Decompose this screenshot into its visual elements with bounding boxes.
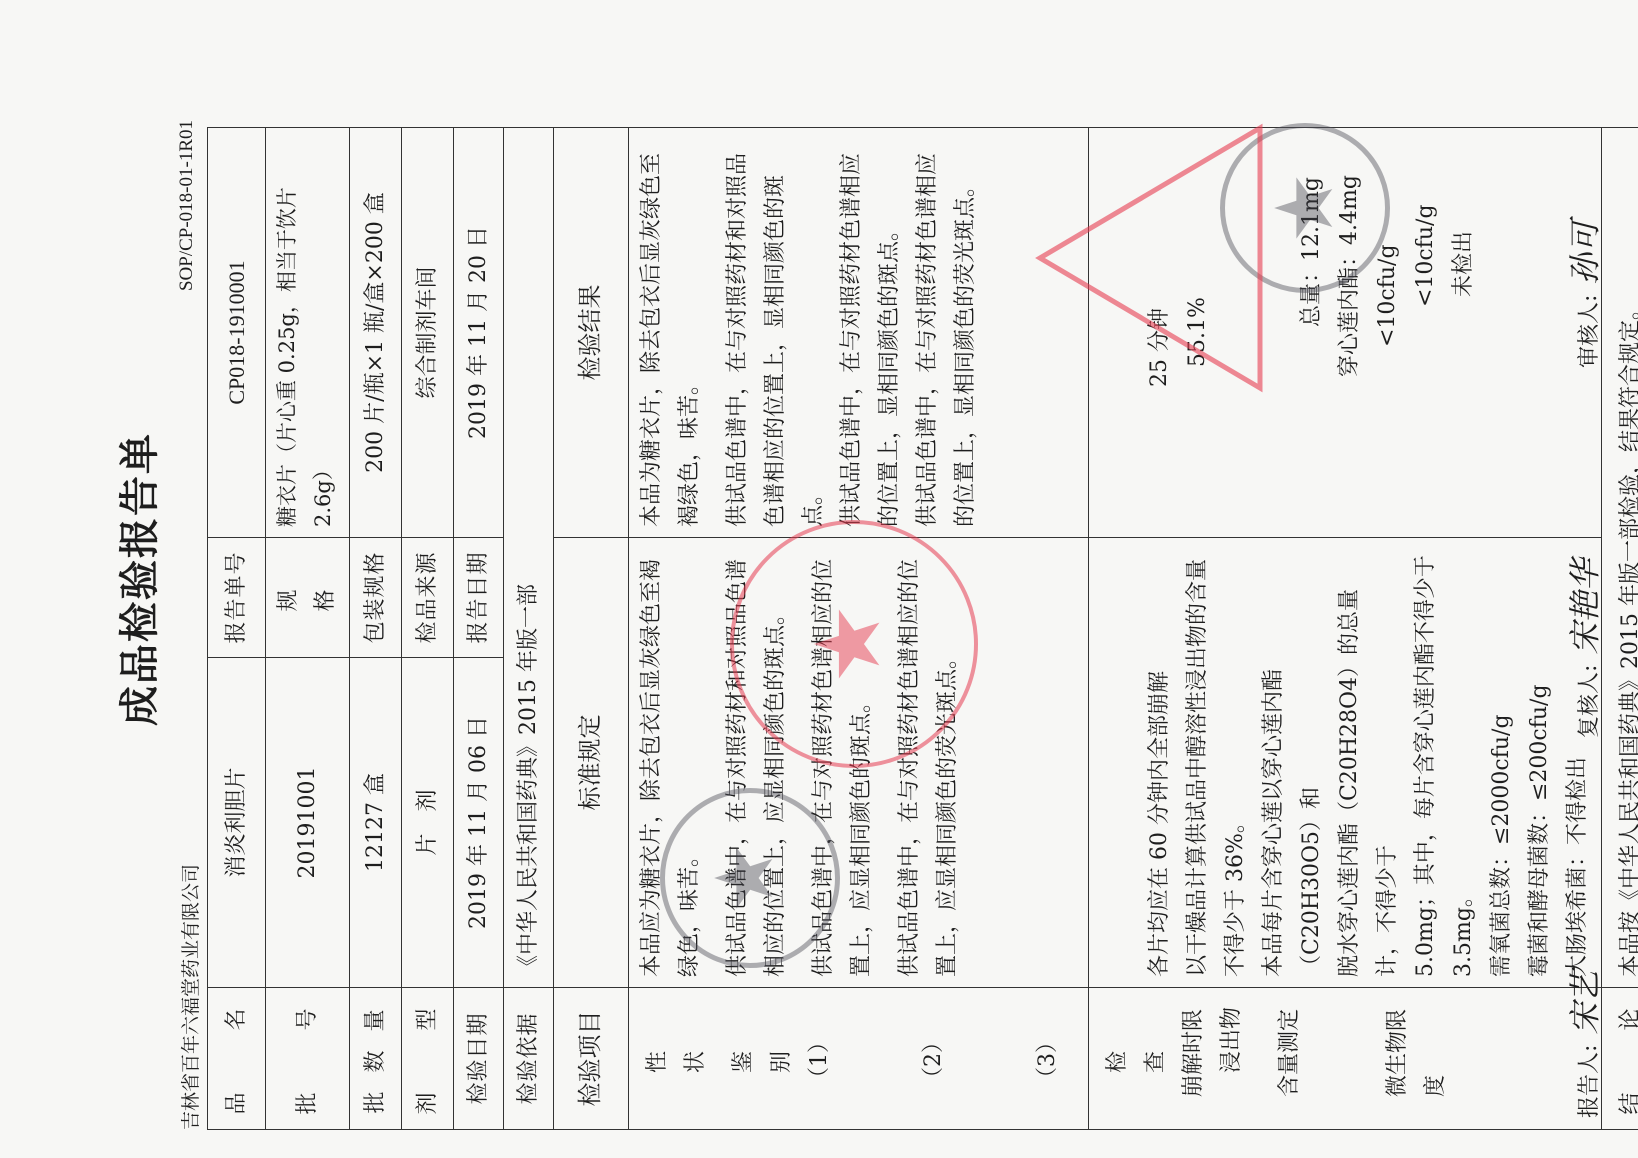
source-label: 检品来源 <box>401 538 453 658</box>
row-product-name: 品 名 消炎利胆片 报告单号 CP018-1910001 <box>208 128 266 1130</box>
conclusion-label: 结 论 <box>1601 988 1638 1130</box>
standard-assay-4: 3.5mg。 <box>1445 548 1483 977</box>
batch-qty-label: 批 数 量 <box>349 988 401 1130</box>
batch-qty: 12127 盒 <box>349 658 401 988</box>
standard-micro-2: 霉菌和酵母菌数：≤200cfu/g <box>1521 548 1559 977</box>
item-inspection: 检 查 <box>1099 998 1175 1119</box>
item-microbial: 微生物限度 <box>1379 998 1455 1119</box>
item-extract: 浸出物 <box>1213 998 1251 1119</box>
test-date-label: 检验日期 <box>453 988 503 1130</box>
column-header-standard: 标准规定 <box>553 538 628 988</box>
result-micro-2: <10cfu/g <box>1407 138 1445 527</box>
report-no: CP018-1910001 <box>208 128 266 538</box>
item-id2: （2） <box>915 998 953 1119</box>
spec: 糖衣片（片心重 0.25g，相当于饮片 2.6g） <box>266 128 350 538</box>
row-conclusion: 结 论 本品按《中华人民共和国药典》2015 年版一部检验，结果符合规定。 <box>1601 128 1638 1130</box>
reporter-name: 宋艺 <box>1566 971 1604 1035</box>
result-id1: 供试品色谱中，在与对照药材和对照品色谱相应的位置上，显相同颜色的斑点。 <box>719 138 833 527</box>
standard-extract-2: 不得少于 36%。 <box>1217 548 1255 977</box>
row-dates: 检验日期 2019 年 11 月 06 日 报告日期 2019 年 11 月 2… <box>453 128 503 1130</box>
product-name-label: 品 名 <box>208 988 266 1130</box>
spec-label: 规 格 <box>266 538 350 658</box>
standard-extract-1: 以干燥品计算供试品中醇溶性浸出物的含量 <box>1179 548 1217 977</box>
report-date: 2019 年 11 月 20 日 <box>453 128 503 538</box>
row-batch-qty: 批 数 量 12127 盒 包装规格 200 片/瓶×1 瓶/盒×200 盒 <box>349 128 401 1130</box>
stamp-star-icon: ★ <box>705 793 785 963</box>
item-id3: （3） <box>1029 998 1067 1119</box>
basis-label: 检验依据 <box>503 988 553 1130</box>
item-identification: 鉴 别 <box>725 998 801 1119</box>
test-date: 2019 年 11 月 06 日 <box>453 658 503 988</box>
batch-no: 20191001 <box>266 658 350 988</box>
reporter-signature: 报告人:宋艺 <box>1560 971 1606 1118</box>
items-cell-2: 检 查 崩解时限 浸出物 含量测定 微生物限度 <box>1088 988 1601 1130</box>
report-date-label: 报告日期 <box>453 538 503 658</box>
reviewer-name: 宋艳华 <box>1566 559 1604 655</box>
result-id2: 供试品色谱中，在与对照药材色谱相应的位置上，显相同颜色的斑点。 <box>833 138 909 527</box>
approver-signature: 审核人:孙可 <box>1560 221 1606 368</box>
reviewer-label: 复核人: <box>1577 665 1602 738</box>
approver-label: 审核人: <box>1577 295 1602 368</box>
batch-no-label: 批 号 <box>266 988 350 1130</box>
item-id1: （1） <box>801 998 839 1119</box>
item-assay: 含量测定 <box>1271 998 1309 1119</box>
report-no-label: 报告单号 <box>208 538 266 658</box>
reporter-label: 报告人: <box>1577 1045 1602 1118</box>
results-cell-1: 本品为糖衣片，除去包衣后显灰绿色至褐绿色，味苦。 供试品色谱中，在与对照药材和对… <box>628 128 1088 538</box>
basis: 《中华人民共和国药典》2015 年版一部 <box>503 128 553 988</box>
row-dosage-form: 剂 型 片 剂 检品来源 综合制剂车间 <box>401 128 453 1130</box>
product-name: 消炎利胆片 <box>208 658 266 988</box>
stamp-star-icon: ★ <box>804 524 894 764</box>
source: 综合制剂车间 <box>401 128 453 538</box>
item-character: 性 状 <box>639 998 715 1119</box>
dosage-form: 片 剂 <box>401 658 453 988</box>
standards-cell-2: 各片均应在 60 分钟内全部崩解 以干燥品计算供试品中醇溶性浸出物的含量 不得少… <box>1088 538 1601 988</box>
standard-assay-1: 本品每片含穿心莲以穿心莲内酯（C20H30O5）和 <box>1255 548 1331 977</box>
result-character: 本品为糖衣片，除去包衣后显灰绿色至褐绿色，味苦。 <box>633 138 709 527</box>
conclusion-text: 本品按《中华人民共和国药典》2015 年版一部检验，结果符合规定。 <box>1601 128 1638 988</box>
standard-assay-2: 脱水穿心莲内酯（C20H28O4）的总量计，不得少于 <box>1331 548 1407 977</box>
items-cell-1: 性 状 鉴 别 （1） （2） （3） <box>628 988 1088 1130</box>
reviewer-signature: 复核人:宋艳华 <box>1560 559 1606 738</box>
dosage-form-label: 剂 型 <box>401 988 453 1130</box>
package: 200 片/瓶×1 瓶/盒×200 盒 <box>349 128 401 538</box>
item-disintegration: 崩解时限 <box>1175 998 1213 1119</box>
red-round-stamp: ★ <box>730 520 978 768</box>
standard-disintegration: 各片均应在 60 分钟内全部崩解 <box>1141 548 1179 977</box>
column-header-result: 检验结果 <box>553 128 628 538</box>
result-id3: 供试品色谱中，在与对照药材色谱相应的位置上，显相同颜色的荧光斑点。 <box>909 138 985 527</box>
package-label: 包装规格 <box>349 538 401 658</box>
result-micro-3: 未检出 <box>1445 138 1483 527</box>
standard-micro-1: 需氧菌总数：≤2000cfu/g <box>1483 548 1521 977</box>
row-basis: 检验依据 《中华人民共和国药典》2015 年版一部 <box>503 128 553 1130</box>
column-header-item: 检验项目 <box>553 988 628 1130</box>
standard-assay-3: 5.0mg；其中，每片含穿心莲内酯不得少于 <box>1407 548 1445 977</box>
red-triangle-stamp <box>1030 118 1280 398</box>
company-qc-stamp: ★ <box>660 788 840 968</box>
row-batch-no: 批 号 20191001 规 格 糖衣片（片心重 0.25g，相当于饮片 2.6… <box>266 128 350 1130</box>
company-name: 吉林省百年六福堂药业有限公司 <box>176 864 203 1130</box>
inspection-report-page: 成品检验报告单 吉林省百年六福堂药业有限公司 SOP/CP-018-01-1R0… <box>0 0 1638 1158</box>
form-code: SOP/CP-018-01-1R01 <box>176 120 198 291</box>
approver-name: 孙可 <box>1566 221 1604 285</box>
row-column-headers: 检验项目 标准规定 检验结果 <box>553 128 628 1130</box>
report-title: 成品检验报告单 <box>108 0 165 1158</box>
